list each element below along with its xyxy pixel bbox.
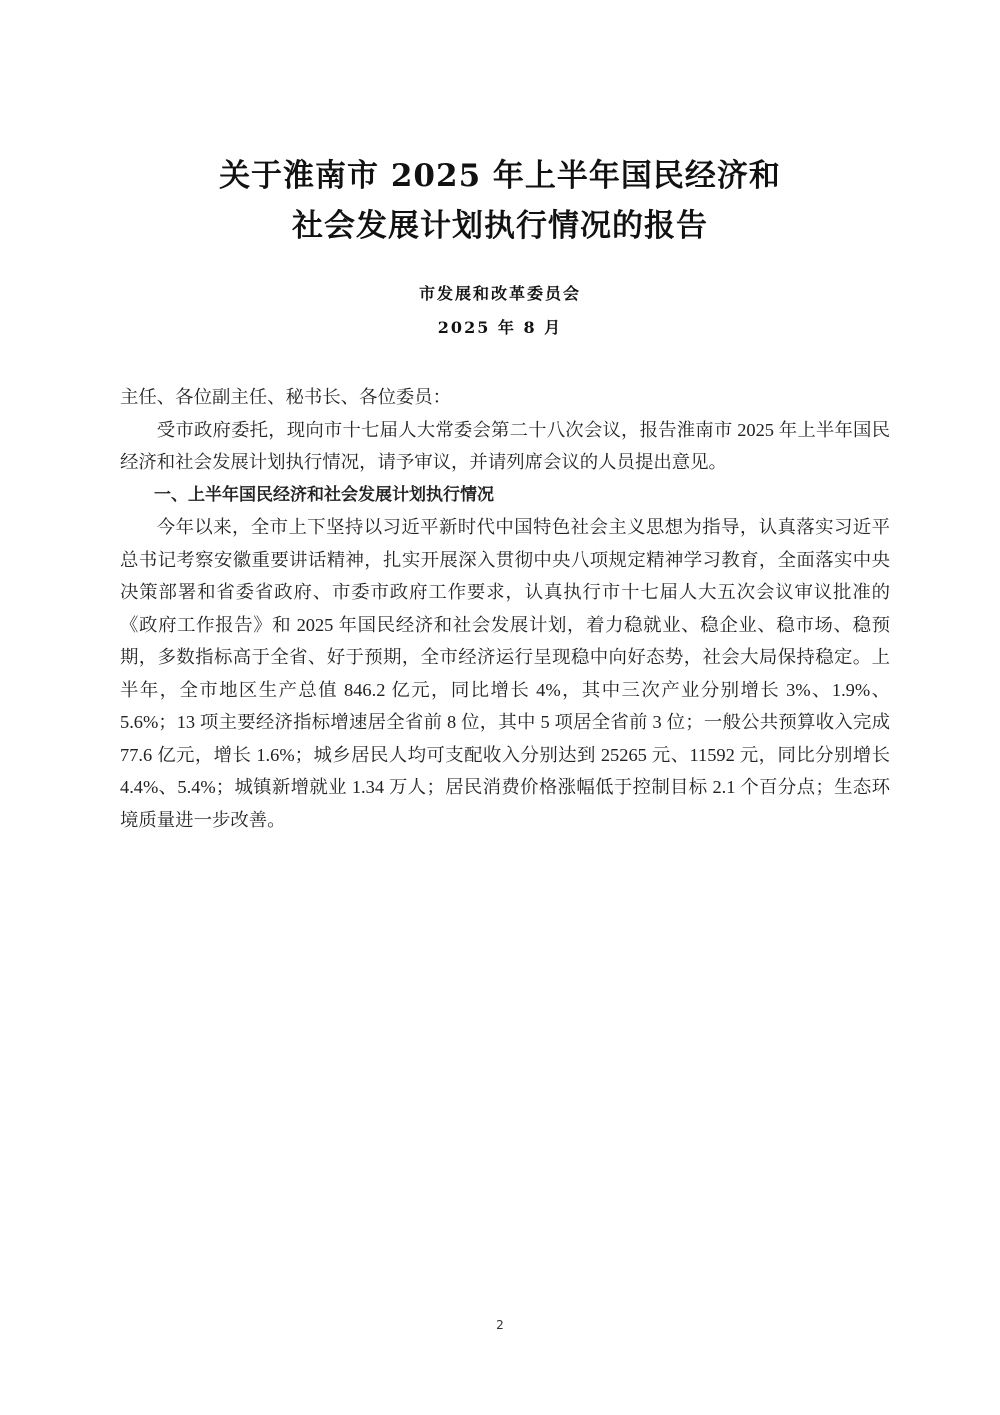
salutation: 主任、各位副主任、秘书长、各位委员： — [120, 381, 890, 414]
page-number: 2 — [0, 1318, 1000, 1332]
document-body: 主任、各位副主任、秘书长、各位委员： 受市政府委托，现向市十七届人大常委会第二十… — [120, 381, 890, 836]
document-title-line-1: 关于淮南市 2025 年上半年国民经济和 — [0, 150, 1000, 195]
document-page: 关于淮南市 2025 年上半年国民经济和 社会发展计划执行情况的报告 市发展和改… — [0, 0, 1000, 1415]
intro-paragraph: 受市政府委托，现向市十七届人大常委会第二十八次会议，报告淮南市 2025 年上半… — [120, 414, 890, 479]
document-date: 2025 年 8 月 — [0, 315, 1000, 338]
section-heading: 一、上半年国民经济和社会发展计划执行情况 — [120, 479, 890, 512]
document-title-line-2: 社会发展计划执行情况的报告 — [0, 200, 1000, 245]
document-author: 市发展和改革委员会 — [0, 281, 1000, 304]
section-paragraph: 今年以来，全市上下坚持以习近平新时代中国特色社会主义思想为指导，认真落实习近平总… — [120, 511, 890, 836]
